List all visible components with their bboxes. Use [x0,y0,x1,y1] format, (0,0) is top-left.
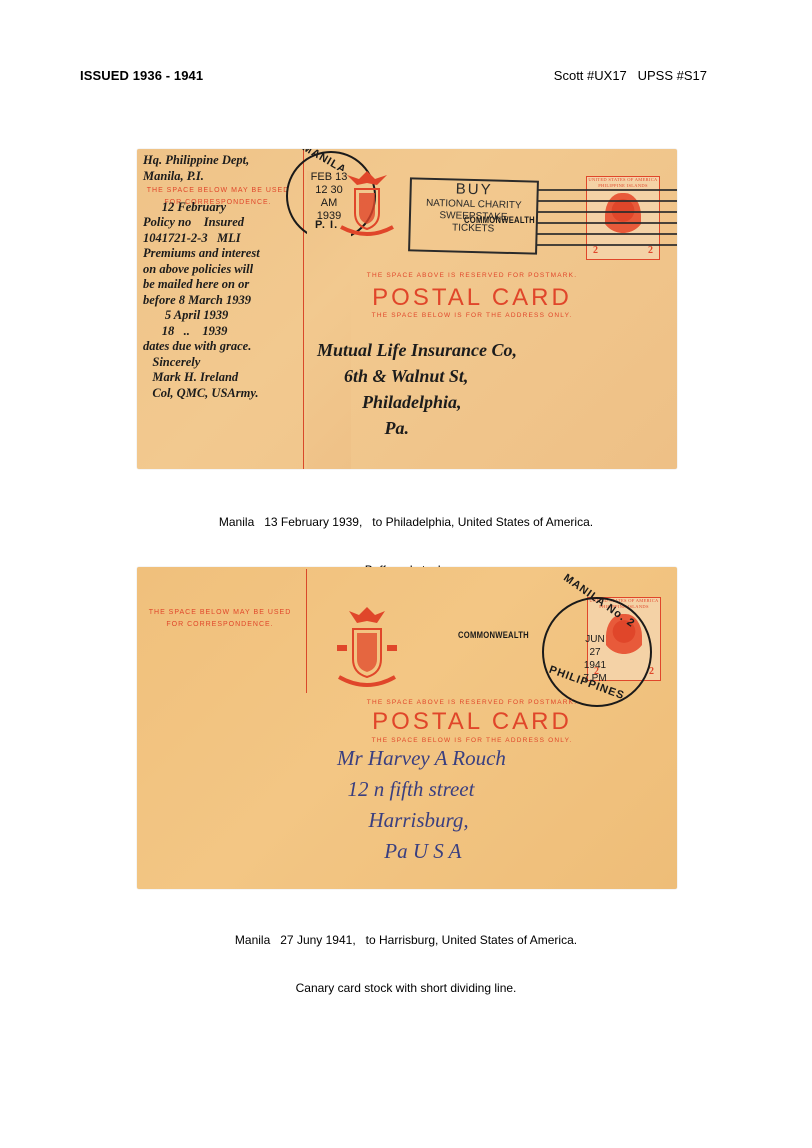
commonwealth-overprint: COMMONWEALTH [458,630,529,640]
postal-card-1939: THE SPACE BELOW MAY BE USED FOR CORRESPO… [137,149,677,469]
address-note: THE SPACE BELOW IS FOR THE ADDRESS ONLY. [307,312,637,319]
issued-heading: ISSUED 1936 - 1941 [80,68,203,83]
card-title: POSTAL CARD [307,285,637,311]
philippine-crest-icon [337,169,397,239]
short-dividing-line [306,569,307,693]
philippine-crest-icon [337,605,397,690]
postmark-region: P. I. [315,219,338,231]
catalog-numbers: Scott #UX17 UPSS #S17 [554,68,707,83]
card-title: POSTAL CARD [307,709,637,735]
correspondence-label: THE SPACE BELOW MAY BE USED FOR CORRESPO… [145,607,295,631]
handwritten-message: Hq. Philippine Dept, Manila, P.I. 12 Feb… [143,153,260,401]
postmark-note: THE SPACE ABOVE IS RESERVED FOR POSTMARK… [307,699,637,706]
postal-card-1941: THE SPACE BELOW MAY BE USED FOR CORRESPO… [137,567,677,889]
handwritten-address: Mr Harvey A Rouch 12 n fifth street Harr… [337,743,506,867]
cancel-bars [537,189,677,259]
caption-2: Manila 27 Juny 1941, to Harrisburg, Unit… [0,900,812,1012]
postmark-note: THE SPACE ABOVE IS RESERVED FOR POSTMARK… [307,272,637,279]
handwritten-address: Mutual Life Insurance Co, 6th & Walnut S… [317,337,517,441]
commonwealth-overprint: COMMONWEALTH [464,215,535,225]
